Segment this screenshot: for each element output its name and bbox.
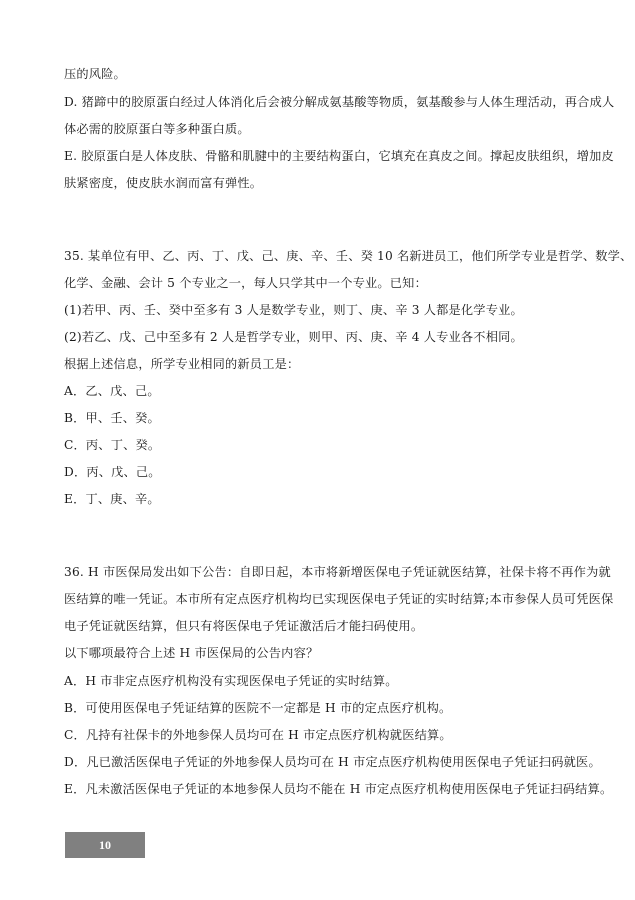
page-number-label: 10 bbox=[99, 838, 111, 853]
option-b: B．甲、壬、癸。 bbox=[64, 410, 160, 426]
text-line: 肤紧密度，使皮肤水润而富有弹性。 bbox=[64, 175, 262, 191]
question-stem: 35. 某单位有甲、乙、丙、丁、戊、己、庚、辛、壬、癸 10 名新进员工，他们所… bbox=[64, 248, 632, 264]
option-b: B．可使用医保电子凭证结算的医院不一定都是 H 市的定点医疗机构。 bbox=[64, 700, 451, 716]
question-stem: 36. H 市医保局发出如下公告：自即日起，本市将新增医保电子凭证就医结算，社保… bbox=[64, 564, 611, 580]
option-e: E. 胶原蛋白是人体皮肤、骨骼和肌腱中的主要结构蛋白，它填充在真皮之间。撑起皮肤… bbox=[64, 148, 614, 164]
option-c: C．丙、丁、癸。 bbox=[64, 437, 160, 453]
option-e: E．丁、庚、辛。 bbox=[64, 491, 160, 507]
option-a: A．乙、戊、己。 bbox=[64, 383, 160, 399]
option-c: C．凡持有社保卡的外地参保人员均可在 H 市定点医疗机构就医结算。 bbox=[64, 727, 452, 743]
option-a: A．H 市非定点医疗机构没有实现医保电子凭证的实时结算。 bbox=[64, 673, 398, 689]
option-d: D. 猪蹄中的胶原蛋白经过人体消化后会被分解成氨基酸等物质，氨基酸参与人体生理活… bbox=[64, 94, 614, 110]
option-e: E．凡未激活医保电子凭证的本地参保人员均不能在 H 市定点医疗机构使用医保电子凭… bbox=[64, 781, 612, 797]
question-stem: 电子凭证就医结算，但只有将医保电子凭证激活后才能扫码使用。 bbox=[64, 618, 423, 634]
condition-1: (1)若甲、丙、壬、癸中至多有 3 人是数学专业，则丁、庚、辛 3 人都是化学专… bbox=[64, 302, 523, 318]
option-d: D．丙、戊、己。 bbox=[64, 464, 161, 480]
text-line: 压的风险。 bbox=[64, 66, 126, 82]
condition-2: (2)若乙、戊、己中至多有 2 人是哲学专业，则甲、丙、庚、辛 4 人专业各不相… bbox=[64, 329, 523, 345]
question-stem: 化学、金融、会计 5 个专业之一，每人只学其中一个专业。已知： bbox=[64, 275, 427, 291]
page-number: 10 bbox=[65, 832, 145, 858]
question-prompt: 根据上述信息，所学专业相同的新员工是： bbox=[64, 356, 299, 372]
text-line: 体必需的胶原蛋白等多种蛋白质。 bbox=[64, 121, 250, 137]
option-d: D．凡已激活医保电子凭证的外地参保人员均可在 H 市定点医疗机构使用医保电子凭证… bbox=[64, 754, 601, 770]
question-stem: 医结算的唯一凭证。本市所有定点医疗机构均已实现医保电子凭证的实时结算;本市参保人… bbox=[64, 591, 613, 607]
question-prompt: 以下哪项最符合上述 H 市医保局的公告内容？ bbox=[64, 645, 318, 661]
